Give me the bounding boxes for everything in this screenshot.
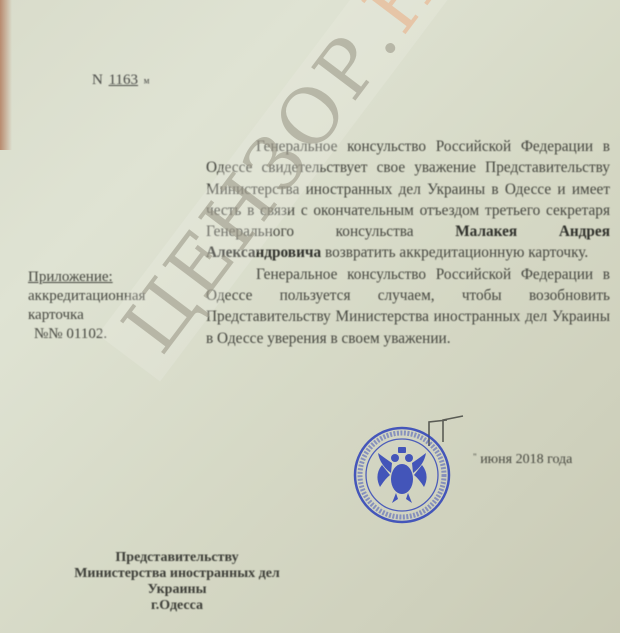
number-prefix: N bbox=[92, 72, 103, 88]
photo-edge-shadow bbox=[0, 0, 12, 150]
date-text: июня 2018 года bbox=[477, 452, 573, 467]
official-seal-stamp bbox=[352, 425, 452, 525]
addressee-line-3: Украины bbox=[52, 582, 302, 598]
attachment-number: №№ 01102. bbox=[28, 325, 145, 344]
document-number: N 1163 м bbox=[92, 72, 150, 89]
document-date: " июня 2018 года bbox=[473, 452, 572, 468]
addressee-block: Представительству Министерства иностранн… bbox=[52, 550, 302, 614]
addressee-line-4: г.Одесса bbox=[52, 598, 302, 614]
attachment-label: Приложение: bbox=[28, 268, 145, 287]
attachment-line-3: карточка bbox=[28, 306, 145, 325]
addressee-line-2: Министерства иностранных дел bbox=[52, 566, 302, 582]
paragraph-1: Генеральное консульство Российской Федер… bbox=[206, 136, 610, 264]
number-suffix: м bbox=[144, 76, 150, 86]
number-value: 1163 bbox=[107, 72, 140, 88]
attachment-note: Приложение: аккредитационная карточка №№… bbox=[28, 268, 145, 344]
attachment-line-2: аккредитационная bbox=[28, 287, 145, 306]
double-headed-eagle-icon bbox=[377, 447, 426, 503]
paragraph-1-text-end: возвратить аккредитационную карточку. bbox=[321, 244, 588, 261]
addressee-line-1: Представительству bbox=[52, 550, 302, 566]
document-body: Генеральное консульство Российской Федер… bbox=[206, 136, 610, 349]
paragraph-2: Генеральное консульство Российской Федер… bbox=[206, 264, 610, 349]
watermark-orange-text: НЕТ bbox=[346, 0, 528, 48]
